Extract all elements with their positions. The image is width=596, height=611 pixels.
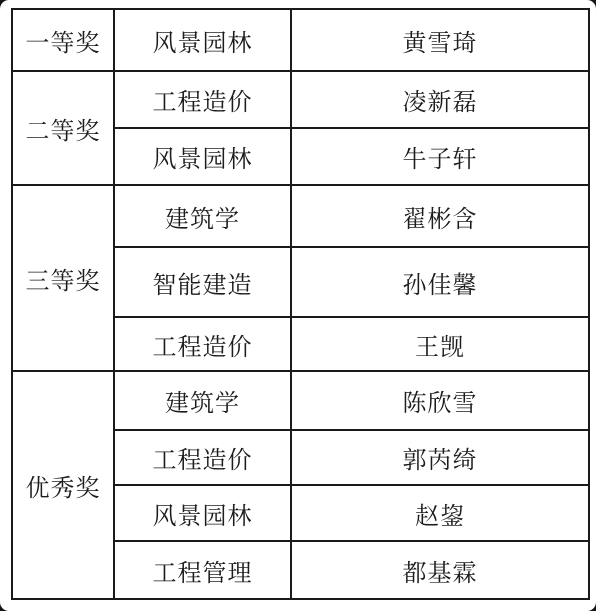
- major-cell: 工程造价: [114, 71, 291, 128]
- awards-table: 一等奖风景园林黄雪琦二等奖工程造价凌新磊风景园林牛子轩三等奖建筑学翟彬含智能建造…: [11, 8, 590, 600]
- name-cell: 孙佳馨: [291, 247, 589, 317]
- major-cell: 风景园林: [114, 485, 291, 541]
- major-cell: 风景园林: [114, 128, 291, 185]
- name-cell: 陈欣雪: [291, 371, 589, 430]
- award-cell: 二等奖: [12, 71, 114, 185]
- name-cell: 赵鋆: [291, 485, 589, 541]
- name-cell: 郭芮绮: [291, 430, 589, 485]
- major-cell: 智能建造: [114, 247, 291, 317]
- award-cell: 一等奖: [12, 9, 114, 71]
- major-cell: 风景园林: [114, 9, 291, 71]
- award-cell: 三等奖: [12, 185, 114, 371]
- name-cell: 黄雪琦: [291, 9, 589, 71]
- name-cell: 翟彬含: [291, 185, 589, 247]
- awards-table-body: 一等奖风景园林黄雪琦二等奖工程造价凌新磊风景园林牛子轩三等奖建筑学翟彬含智能建造…: [12, 9, 589, 599]
- major-cell: 建筑学: [114, 371, 291, 430]
- table-row: 二等奖工程造价凌新磊: [12, 71, 589, 128]
- name-cell: 王觊: [291, 317, 589, 371]
- major-cell: 工程造价: [114, 430, 291, 485]
- major-cell: 工程管理: [114, 541, 291, 599]
- table-row: 三等奖建筑学翟彬含: [12, 185, 589, 247]
- page-surface: 一等奖风景园林黄雪琦二等奖工程造价凌新磊风景园林牛子轩三等奖建筑学翟彬含智能建造…: [0, 0, 596, 611]
- award-cell: 优秀奖: [12, 371, 114, 599]
- major-cell: 工程造价: [114, 317, 291, 371]
- table-row: 一等奖风景园林黄雪琦: [12, 9, 589, 71]
- major-cell: 建筑学: [114, 185, 291, 247]
- name-cell: 都基霖: [291, 541, 589, 599]
- name-cell: 凌新磊: [291, 71, 589, 128]
- name-cell: 牛子轩: [291, 128, 589, 185]
- table-row: 优秀奖建筑学陈欣雪: [12, 371, 589, 430]
